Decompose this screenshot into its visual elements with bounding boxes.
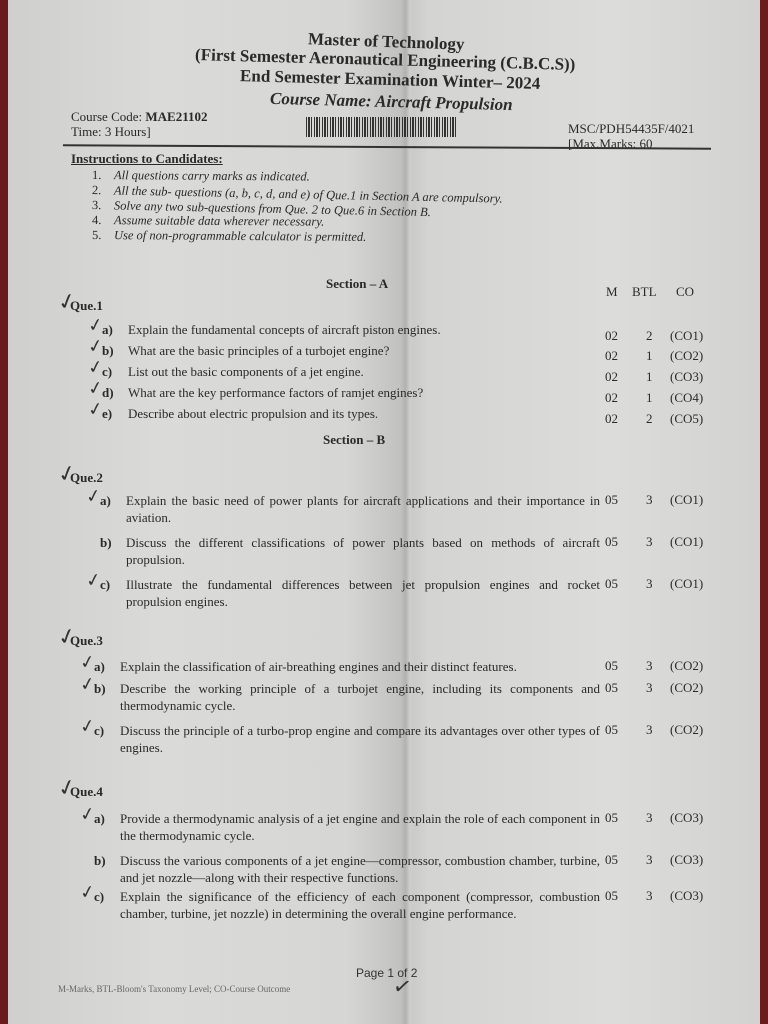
instruction-number: 1. xyxy=(92,168,114,183)
instruction-item: 4.Assume suitable data wherever necessar… xyxy=(92,213,324,230)
sub-question-text: List out the basic components of a jet e… xyxy=(128,363,498,380)
instruction-number: 3. xyxy=(92,198,114,213)
co-value: (CO4) xyxy=(670,390,703,406)
sub-question-text: Discuss the different classifications of… xyxy=(126,534,600,568)
checkmark-icon: ✓ xyxy=(78,651,97,674)
course-code-label: Course Code: xyxy=(71,109,145,124)
sub-question-text: Explain the classification of air-breath… xyxy=(120,658,600,675)
column-header-marks: M xyxy=(606,284,618,300)
co-value: (CO3) xyxy=(670,369,703,385)
sub-question-text: Provide a thermodynamic analysis of a je… xyxy=(120,810,600,844)
exam-paper: Master of Technology (First Semester Aer… xyxy=(8,0,760,1024)
marks-value: 05 xyxy=(605,722,618,738)
course-code-value: MAE21102 xyxy=(145,109,207,124)
question-item: c)Explain the significance of the effici… xyxy=(94,888,600,928)
question-item: c)Illustrate the fundamental differences… xyxy=(100,576,600,616)
course-code: Course Code: MAE21102 xyxy=(71,109,208,125)
checkmark-icon: ✓ xyxy=(86,314,105,337)
sub-question-text: Describe about electric propulsion and i… xyxy=(128,405,498,422)
co-value: (CO5) xyxy=(670,411,703,427)
marks-value: 05 xyxy=(605,492,618,508)
checkmark-icon: ✓ xyxy=(55,774,79,803)
btl-value: 3 xyxy=(646,680,653,696)
co-value: (CO2) xyxy=(670,658,703,674)
instruction-item: 5.Use of non-programmable calculator is … xyxy=(92,228,366,245)
sub-question-text: Explain the fundamental concepts of airc… xyxy=(128,321,498,338)
co-value: (CO2) xyxy=(670,348,703,364)
checkmark-icon: ✓ xyxy=(55,288,79,317)
course-name: Course Name: Aircraft Propulsion xyxy=(270,89,513,115)
marks-value: 05 xyxy=(605,810,618,826)
reference-number: MSC/PDH54435F/4021 xyxy=(568,121,694,137)
barcode xyxy=(306,117,458,137)
marks-value: 02 xyxy=(605,369,618,385)
marks-value: 05 xyxy=(605,888,618,904)
marks-value: 05 xyxy=(605,852,618,868)
marks-value: 02 xyxy=(605,328,618,344)
instruction-number: 2. xyxy=(92,183,114,198)
btl-value: 3 xyxy=(646,722,653,738)
question-item: a)Explain the basic need of power plants… xyxy=(100,492,600,532)
co-value: (CO1) xyxy=(670,576,703,592)
marks-value: 05 xyxy=(605,534,618,550)
sub-question-text: Discuss the various components of a jet … xyxy=(120,852,600,886)
section-a-title: Section – A xyxy=(326,276,388,292)
marks-value: 05 xyxy=(605,658,618,674)
co-value: (CO3) xyxy=(670,810,703,826)
question-item: b)Describe the working principle of a tu… xyxy=(94,680,600,720)
marks-value: 02 xyxy=(605,348,618,364)
btl-value: 1 xyxy=(646,348,653,364)
sub-question-text: Explain the basic need of power plants f… xyxy=(126,492,600,526)
btl-value: 3 xyxy=(646,492,653,508)
sub-question-text: What are the basic principles of a turbo… xyxy=(128,342,498,359)
btl-value: 3 xyxy=(646,852,653,868)
question-item: e)Describe about electric propulsion and… xyxy=(102,405,498,445)
btl-value: 3 xyxy=(646,810,653,826)
instruction-number: 5. xyxy=(92,228,114,243)
co-value: (CO2) xyxy=(670,722,703,738)
btl-value: 2 xyxy=(646,328,653,344)
marks-value: 02 xyxy=(605,411,618,427)
checkmark-icon: ✓ xyxy=(55,460,79,489)
sub-question-text: Discuss the principle of a turbo-prop en… xyxy=(120,722,600,756)
btl-value: 3 xyxy=(646,534,653,550)
instructions-title: Instructions to Candidates: xyxy=(71,151,223,167)
checkmark-icon: ✓ xyxy=(84,485,103,508)
question-item: b)Discuss the different classifications … xyxy=(100,534,600,574)
question-item: b)Discuss the various components of a je… xyxy=(94,852,600,892)
instruction-text: Assume suitable data wherever necessary. xyxy=(114,213,324,228)
footer-legend: M-Marks, BTL-Bloom's Taxonomy Level; CO-… xyxy=(58,984,290,994)
exam-duration: Time: 3 Hours] xyxy=(71,124,151,140)
instruction-item: 1.All questions carry marks as indicated… xyxy=(92,168,310,185)
co-value: (CO1) xyxy=(670,492,703,508)
sub-question-text: What are the key performance factors of … xyxy=(128,384,498,401)
max-marks: [Max.Marks: 60 xyxy=(568,136,653,152)
btl-value: 3 xyxy=(646,576,653,592)
marks-value: 05 xyxy=(605,576,618,592)
sub-question-label: b) xyxy=(100,534,112,551)
sub-question-text: Describe the working principle of a turb… xyxy=(120,680,600,714)
marks-value: 02 xyxy=(605,390,618,406)
btl-value: 3 xyxy=(646,658,653,674)
sub-question-text: Illustrate the fundamental differences b… xyxy=(126,576,600,610)
sub-question-text: Explain the significance of the efficien… xyxy=(120,888,600,922)
question-item: a)Provide a thermodynamic analysis of a … xyxy=(94,810,600,850)
checkmark-icon: ✓ xyxy=(55,623,79,652)
btl-value: 1 xyxy=(646,369,653,385)
co-value: (CO3) xyxy=(670,888,703,904)
co-value: (CO2) xyxy=(670,680,703,696)
co-value: (CO1) xyxy=(670,534,703,550)
marks-value: 05 xyxy=(605,680,618,696)
instruction-text: All questions carry marks as indicated. xyxy=(114,168,310,183)
sub-question-label: b) xyxy=(94,852,106,869)
checkmark-icon: ✓ xyxy=(78,803,97,826)
instruction-text: Use of non-programmable calculator is pe… xyxy=(114,228,366,244)
btl-value: 1 xyxy=(646,390,653,406)
column-header-co: CO xyxy=(676,284,694,300)
column-header-btl: BTL xyxy=(632,284,657,300)
btl-value: 2 xyxy=(646,411,653,427)
co-value: (CO1) xyxy=(670,328,703,344)
question-item: c)Discuss the principle of a turbo-prop … xyxy=(94,722,600,762)
btl-value: 3 xyxy=(646,888,653,904)
co-value: (CO3) xyxy=(670,852,703,868)
instruction-number: 4. xyxy=(92,213,114,228)
